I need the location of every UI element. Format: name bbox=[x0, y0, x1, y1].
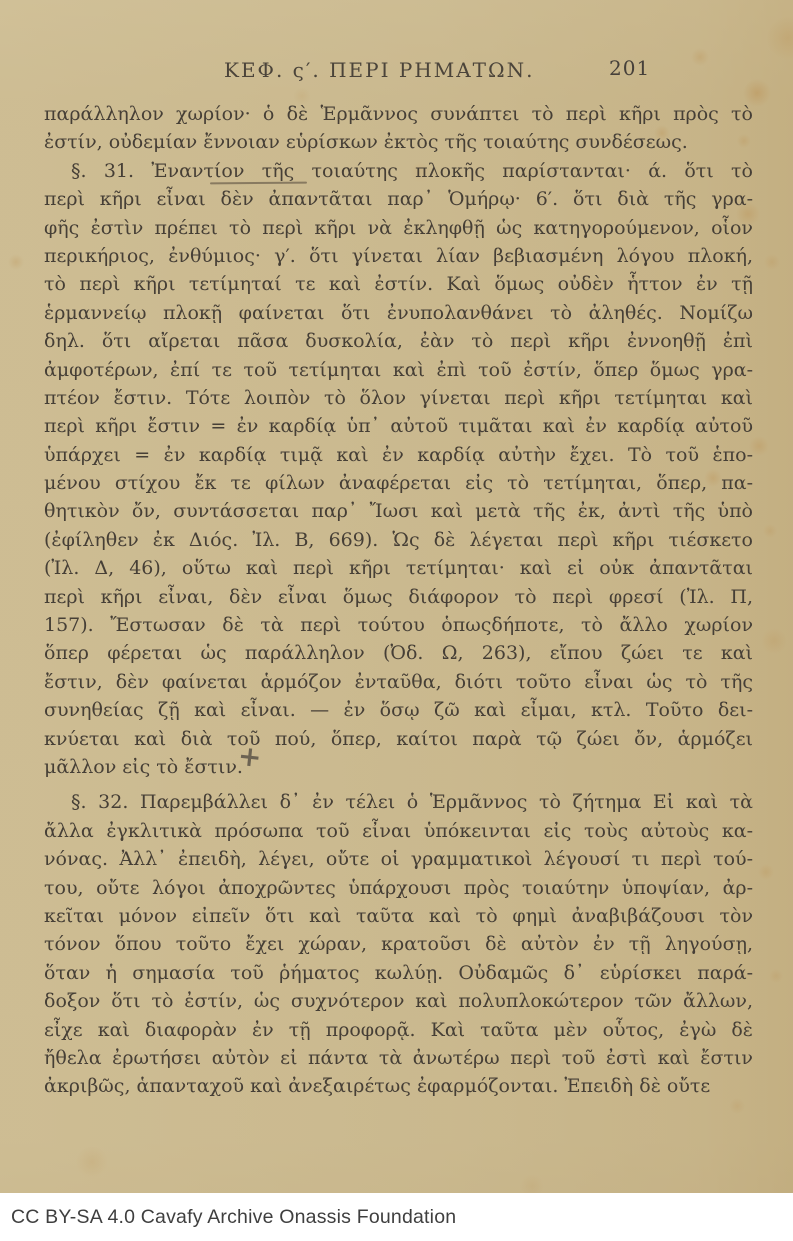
text-line: ἀκριβῶς, ἁπανταχοῦ καὶ ἀνεξαιρέτως ἐφαρμ… bbox=[44, 1072, 753, 1100]
text-line: ἑρμαννείῳ πλοκῇ φαίνεται ὅτι ἐνυπολανθάν… bbox=[44, 299, 753, 327]
text-line: τόνον ὅπου τοῦτο ἔχει χώραν, κρατοῦσι δὲ… bbox=[44, 930, 753, 958]
text-line: περὶ κῆρι εἶναι, δὲν εἶναι ὅμως διάφορον… bbox=[44, 583, 753, 611]
text-line: παράλληλον χωρίον· ὁ δὲ Ἑρμᾶννος συνάπτε… bbox=[44, 100, 753, 128]
text-line: δηλ. ὅτι αἴρεται πᾶσα δυσκολία, ἐὰν τὸ π… bbox=[44, 327, 753, 355]
text-line: εἶχε καὶ διαφορὰν ἐν τῇ προφορᾷ. Καὶ ταῦ… bbox=[44, 1016, 753, 1044]
text-line: νόνας. Ἀλλ᾽ ἐπειδὴ, λέγει, οὔτε οἱ γραμμ… bbox=[44, 845, 753, 873]
text-line: ὅπερ φέρεται ὡς παράλληλον (Ὀδ. Ω, 263),… bbox=[44, 639, 753, 667]
running-head: ΚΕΦ. ς′. ΠΕΡΙ ΡΗΜΑΤΩΝ. bbox=[224, 58, 534, 82]
text-line: κεῖται μόνον εἰπεῖν ὅτι καὶ ταῦτα καὶ τὸ… bbox=[44, 902, 753, 930]
text-line: §. 32. Παρεμβάλλει δ᾽ ἐν τέλει ὁ Ἑρμᾶννο… bbox=[44, 788, 753, 816]
text-line: ἐστίν, οὐδεμίαν ἔννοιαν εὑρίσκων ἐκτὸς τ… bbox=[44, 128, 753, 156]
text-line: ὑπάρχει = ἐν καρδίᾳ τιμᾷ καὶ ἐν καρδίᾳ α… bbox=[44, 441, 753, 469]
paragraph: παράλληλον χωρίον· ὁ δὲ Ἑρμᾶννος συνάπτε… bbox=[44, 100, 753, 157]
text-line: μένου στίχου ἔκ τε φίλων ἀναφέρεται εἰς … bbox=[44, 469, 753, 497]
license-text: CC BY-SA 4.0 Cavafy Archive Onassis Foun… bbox=[11, 1206, 456, 1229]
text-line: πτέον ἔστιν. Τότε λοιπὸν τὸ ὅλον γίνεται… bbox=[44, 384, 753, 412]
text-line: τὸ περὶ κῆρι τετίμηταί τε καὶ ἐστίν. Καὶ… bbox=[44, 270, 753, 298]
text-line: δοξον ὅτι τὸ ἐστίν, ὡς συχνότερον καὶ πο… bbox=[44, 987, 753, 1015]
text-line: ἔστιν, δὲν φαίνεται ἁρμόζον ἐνταῦθα, διό… bbox=[44, 668, 753, 696]
paragraph: §. 32. Παρεμβάλλει δ᾽ ἐν τέλει ὁ Ἑρμᾶννο… bbox=[44, 788, 753, 1100]
text-line: ἄλλα ἐγκλιτικὰ πρόσωπα τοῦ εἶναι ὑπόκειν… bbox=[44, 817, 753, 845]
text-line: συνηθείας ζῇ καὶ εἶναι. — ἐν ὅσῳ ζῶ καὶ … bbox=[44, 696, 753, 724]
text-line: §. 31. Ἐναντίον τῆς τοιαύτης πλοκῆς παρί… bbox=[44, 157, 753, 185]
text-line: (ἐφίληθεν ἐκ Διός. Ἰλ. Β, 669). Ὡς δὲ λέ… bbox=[44, 526, 753, 554]
text-line: φῆς ἐστὶν πρέπει τὸ περὶ κῆρι νὰ ἐκληφθῇ… bbox=[44, 214, 753, 242]
text-line: περὶ κῆρι εἶναι δὲν ἀπαντᾶται παρ᾽ Ὁμήρῳ… bbox=[44, 185, 753, 213]
text-line: κνύεται καὶ διὰ τοῦ πού, ὅπερ, καίτοι πα… bbox=[44, 725, 753, 753]
text-line: θητικὸν ὄν, συντάσσεται παρ᾽ Ἴωσι καὶ με… bbox=[44, 497, 753, 525]
body-text: παράλληλον χωρίον· ὁ δὲ Ἑρμᾶννος συνάπτε… bbox=[44, 100, 753, 1101]
page-number: 201 bbox=[609, 56, 650, 80]
license-footer-bar: CC BY-SA 4.0 Cavafy Archive Onassis Foun… bbox=[0, 1193, 793, 1241]
paragraph: §. 31. Ἐναντίον τῆς τοιαύτης πλοκῆς παρί… bbox=[44, 157, 753, 782]
text-line: του, οὔτε λόγοι ἀποχρῶντες ὑπάρχουσι πρὸ… bbox=[44, 874, 753, 902]
pencil-cross-annotation: + bbox=[236, 739, 263, 774]
text-line: περικήριος, ἐνθύμιος· γ′. ὅτι γίνεται λί… bbox=[44, 242, 753, 270]
scanned-book-page: ΚΕΦ. ς′. ΠΕΡΙ ΡΗΜΑΤΩΝ. 201 παράλληλον χω… bbox=[0, 0, 793, 1241]
text-line: ἤθελα ἐρωτήσει αὐτὸν εἰ πάντα τὰ ἀνωτέρω… bbox=[44, 1044, 753, 1072]
text-line: (Ἰλ. Δ, 46), οὕτω καὶ περὶ κῆρι τετίμητα… bbox=[44, 554, 753, 582]
text-line: μᾶλλον εἰς τὸ ἔστιν. bbox=[44, 753, 753, 781]
text-line: 157). Ἔστωσαν δὲ τὰ περὶ τούτου ὁπωςδήπο… bbox=[44, 611, 753, 639]
text-line: ὅταν ἡ σημασία τοῦ ῥήματος κωλύῃ. Οὐδαμῶ… bbox=[44, 959, 753, 987]
text-line: περὶ κῆρι ἔστιν = ἐν καρδίᾳ ὑπ᾽ αὐτοῦ τι… bbox=[44, 412, 753, 440]
text-line: ἀμφοτέρων, ἐπί τε τοῦ τετίμηται καὶ ἐπὶ … bbox=[44, 356, 753, 384]
